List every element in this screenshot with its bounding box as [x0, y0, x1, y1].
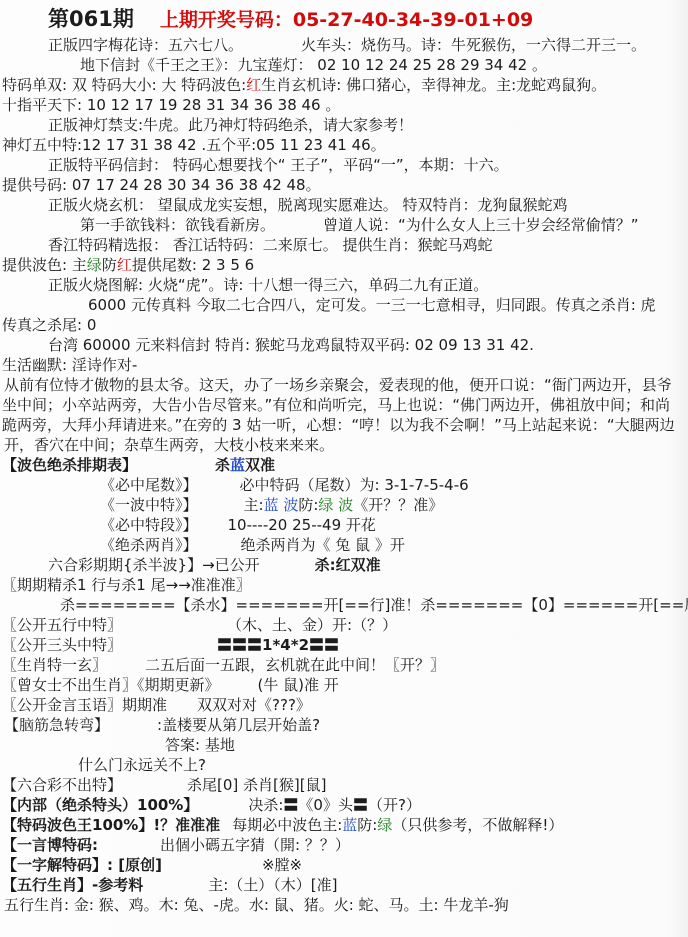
- text-segment: 〓: [283, 795, 298, 815]
- text-segment: 双双对对《???》: [197, 695, 311, 715]
- text-line: 【波色绝杀排期表】杀蓝双准: [2, 455, 688, 475]
- text-segment: 杀:: [315, 555, 336, 575]
- text-line: 答案: 基地: [165, 735, 688, 755]
- text-segment: 杀: [215, 455, 230, 475]
- text-line: 【脑筋急转弯】:盖楼要从第几层开始盖?: [4, 715, 688, 735]
- previous-draw-numbers: 上期开奖号码：05-27-40-34-39-01+09: [160, 6, 533, 34]
- text-segment: 必中特码（尾数）为: 3-1-7-5-4-6: [240, 475, 469, 495]
- text-segment: ※膛※: [262, 855, 302, 875]
- text-line: 《一波中特》】主: 蓝 波 防: 绿 波《开？？准》: [100, 495, 688, 515]
- text-line: 【六合彩不出特】杀尾[0] 杀肖[猴][鼠]: [2, 775, 688, 795]
- text-line: 《绝杀两肖》】绝杀两肖为《 兔 鼠 》开: [100, 535, 688, 555]
- text-segment: 〓〓〓1*4*2〓〓: [217, 635, 339, 655]
- text-segment: 【脑筋急转弯】: [4, 715, 109, 735]
- text-segment: 防: [102, 255, 117, 275]
- text-line: 香江特码精选报： 香江话特码：二来原七。 提供生肖：猴蛇马鸡蛇: [48, 235, 688, 255]
- text-line: 〖曾女士不出生肖〗《期期更新》(牛 鼠)准 开: [2, 675, 688, 695]
- text-segment: 传真之杀尾: 0: [2, 315, 96, 335]
- text-segment: 从前有位恃才傲物的县太爷。这天，办了一场乡亲聚会，爱表现的他，便开口说：“衙门两…: [4, 375, 672, 395]
- text-segment: 〖公开五行中特〗: [2, 615, 122, 635]
- text-segment: 六合彩期期{杀半波}】→已公开: [48, 555, 260, 575]
- text-segment: 【一言博特码:: [2, 835, 98, 855]
- text-line: 第一手欲钱料：欲钱看新房。曾道人说：“为什么女人上三十岁会经常偷情？”: [80, 215, 688, 235]
- text-line: 〖公开金言玉语〗期期准双双对对《???》: [2, 695, 688, 715]
- text-segment: 主:: [244, 495, 264, 515]
- text-segment: （只供参考，不做解释!）: [392, 815, 563, 835]
- text-segment: 杀========【杀水】=======开[==行]准！杀=======【0】=…: [60, 595, 688, 615]
- text-line: 五行生肖: 金: 猴、鸡。木: 兔、-虎。水: 鼠、猪。火: 蛇、马。土: 牛龙…: [4, 895, 688, 915]
- text-line: 六合彩期期{杀半波}】→已公开杀: 红双准: [48, 555, 688, 575]
- text-segment: 答案: 基地: [165, 735, 235, 755]
- text-line: 正版火烧玄机： 望鼠成龙实妄想，脱离现实愿难达。 特双特肖：龙狗鼠猴蛇鸡: [48, 195, 688, 215]
- text-segment: 【波色绝杀排期表】: [2, 455, 137, 475]
- issue-number: 第061期: [48, 5, 134, 33]
- text-line: 提供波色: 主绿防红提供尾数: 2 3 5 6: [2, 255, 688, 275]
- text-segment: 神灯五中特:12 17 31 38 42 .五个平:05 11 23 41 46…: [2, 135, 386, 155]
- text-segment: 提供尾数: 2 3 5 6: [132, 255, 254, 275]
- text-segment: 【五行生肖】-参考料: [2, 875, 143, 895]
- text-segment: 《0》头: [298, 795, 353, 815]
- text-segment: 火车头：烧伤马。诗：牛死猴伤，一六得二开三一。: [301, 35, 646, 55]
- text-segment: 《绝杀两肖》】: [100, 535, 198, 555]
- text-segment: 十指平天下: 10 12 17 19 28 31 34 36 38 46 。: [2, 95, 340, 115]
- text-segment: 《必中特段》】: [100, 515, 198, 535]
- text-segment: 〖期期精杀1 行与杀1 尾→→准准准〗: [2, 575, 251, 595]
- text-segment: 特码单双: 双 特码大小: 大 特码波色:: [2, 75, 246, 95]
- text-segment: 第一手欲钱料：欲钱看新房。: [80, 215, 275, 235]
- text-segment: 蓝: [230, 455, 245, 475]
- text-line: 开，香穴在中间；杂草生两旁，大枝小枝来来来。: [4, 435, 688, 455]
- text-segment: 〖生肖特一玄〗: [2, 655, 107, 675]
- text-line: 《必中尾数》】必中特码（尾数）为: 3-1-7-5-4-6: [100, 475, 688, 495]
- text-line: 从前有位恃才傲物的县太爷。这天，办了一场乡亲聚会，爱表现的他，便开口说：“衙门两…: [4, 375, 688, 395]
- text-line: 什么门永远关不上?: [78, 755, 688, 775]
- text-segment: 《一波中特》】: [100, 495, 198, 515]
- text-line: 【内部（绝杀特头）100%】决杀: 〓《0》头〓（开?）: [2, 795, 688, 815]
- text-line: 6000 元传真料 今取二七合四八，定可发。一三一七意相寻，归同跟。传真之杀肖:…: [88, 295, 688, 315]
- text-segment: 跪两旁，大拜小拜请进来。”在旁的 3 姑一听，心想：“哼！以为我不会啊！”马上站…: [2, 415, 675, 435]
- text-line: 特码单双: 双 特码大小: 大 特码波色: 红生肖玄机诗: 佛口猪心，幸得神龙。…: [2, 75, 688, 95]
- text-segment: 〖公开三头中特〗: [2, 635, 122, 655]
- text-segment: 地下信封《千王之王》：九宝莲灯： 02 10 12 24 25 28 29 34…: [80, 55, 547, 75]
- text-line: 〖生肖特一玄〗二五后面一五跟，玄机就在此中间！〖开？〗: [2, 655, 688, 675]
- text-segment: 正版四字梅花诗：五六七八。: [48, 35, 243, 55]
- text-segment: 【内部（绝杀特头）100%】: [2, 795, 198, 815]
- text-segment: 香江特码精选报： 香江话特码：二来原七。 提供生肖：猴蛇马鸡蛇: [48, 235, 493, 255]
- text-segment: 蓝: [342, 815, 357, 835]
- text-segment: 二五后面一五跟，玄机就在此中间！〖开？〗: [145, 655, 445, 675]
- text-line: 杀========【杀水】=======开[==行]准！杀=======【0】=…: [60, 595, 688, 615]
- text-segment: 《必中尾数》】: [100, 475, 198, 495]
- text-segment: 什么门永远关不上?: [78, 755, 206, 775]
- text-line: 【一言博特码:出個小碼五字猜（開: ？？）: [2, 835, 688, 855]
- text-line: 跪两旁，大拜小拜请进来。”在旁的 3 姑一听，心想：“哼！以为我不会啊！”马上站…: [2, 415, 688, 435]
- text-segment: 蓝 波: [264, 495, 299, 515]
- text-segment: :盖楼要从第几层开始盖?: [157, 715, 320, 735]
- text-segment: 杀尾[0] 杀肖[猴][鼠]: [187, 775, 326, 795]
- lottery-info-sheet: 第061期上期开奖号码：05-27-40-34-39-01+09正版四字梅花诗：…: [0, 0, 688, 937]
- text-line: 【一字解特码】: [原创]※膛※: [2, 855, 688, 875]
- text-segment: 正版火烧玄机： 望鼠成龙实妄想，脱离现实愿难达。 特双特肖：龙狗鼠猴蛇鸡: [48, 195, 568, 215]
- text-line: 正版神灯禁支:牛虎。此乃神灯特码绝杀，请大家参考！: [48, 115, 688, 135]
- text-segment: 《开？？准》: [353, 495, 443, 515]
- text-segment: （木、土、金）开:（？）: [227, 615, 397, 635]
- text-segment: 台湾 60000 元来料信封 特肖: 猴蛇马龙鸡鼠特双平码: 02 09 13 …: [48, 335, 534, 355]
- text-segment: 绿: [87, 255, 102, 275]
- text-line: 正版特平码信封： 特码心想要找个“ 王子”，平码“一”，本期：十六。: [48, 155, 688, 175]
- text-line: 十指平天下: 10 12 17 19 28 31 34 36 38 46 。: [2, 95, 688, 115]
- text-segment: 主:（土）（木）[准]: [208, 875, 337, 895]
- text-line: 〖公开五行中特〗（木、土、金）开:（？）: [2, 615, 688, 635]
- text-line: 【特码波色王100%】!？准准准每期必中波色主: 蓝防: 绿（只供参考，不做解释…: [2, 815, 688, 835]
- text-segment: （开?）: [368, 795, 421, 815]
- text-segment: 开，香穴在中间；杂草生两旁，大枝小枝来来来。: [4, 435, 334, 455]
- text-line: 第061期上期开奖号码：05-27-40-34-39-01+09: [48, 5, 688, 35]
- text-line: 台湾 60000 元来料信封 特肖: 猴蛇马龙鸡鼠特双平码: 02 09 13 …: [48, 335, 688, 355]
- text-segment: 绝杀两肖为《 兔 鼠 》开: [241, 535, 405, 555]
- text-segment: 红: [117, 255, 132, 275]
- text-segment: 红双准: [336, 555, 381, 575]
- text-line: 提供号码: 07 17 24 28 30 34 36 38 42 48。: [2, 175, 688, 195]
- text-line: 正版四字梅花诗：五六七八。火车头：烧伤马。诗：牛死猴伤，一六得二开三一。: [48, 35, 688, 55]
- text-segment: 绿 波: [318, 495, 353, 515]
- text-line: 坐中间；小卒站两旁，大告小告尽管来。”有位和尚听完，马上也说：“佛门两边开，佛祖…: [2, 395, 688, 415]
- text-line: 【五行生肖】-参考料主:（土）（木）[准]: [2, 875, 688, 895]
- text-segment: 正版火烧图解: 火烧“虎”。诗: 十八想一得三六，单码二九有正道。: [48, 275, 488, 295]
- text-segment: 10----20 25--49 开花: [228, 515, 376, 535]
- text-segment: 〓: [353, 795, 368, 815]
- text-segment: 红: [246, 75, 261, 95]
- text-segment: 6000 元传真料 今取二七合四八，定可发。一三一七意相寻，归同跟。传真之杀肖:…: [88, 295, 656, 315]
- text-segment: 【六合彩不出特】: [2, 775, 122, 795]
- text-line: 〖期期精杀1 行与杀1 尾→→准准准〗: [2, 575, 688, 595]
- text-segment: 生肖玄机诗: 佛口猪心，幸得神龙。主:龙蛇鸡鼠狗。: [261, 75, 606, 95]
- text-segment: 生活幽默: 淫诗作对-: [2, 355, 137, 375]
- text-segment: 决杀:: [248, 795, 283, 815]
- text-segment: 【一字解特码】: [原创]: [2, 855, 162, 875]
- text-segment: 出個小碼五字猜（開: ？？）: [160, 835, 350, 855]
- text-segment: 〖公开金言玉语〗期期准: [2, 695, 167, 715]
- text-segment: 防:: [357, 815, 377, 835]
- text-segment: 正版神灯禁支:牛虎。此乃神灯特码绝杀，请大家参考！: [48, 115, 413, 135]
- text-segment: 曾道人说：“为什么女人上三十岁会经常偷情？”: [323, 215, 639, 235]
- text-segment: 〖曾女士不出生肖〗《期期更新》: [2, 675, 220, 695]
- text-segment: 坐中间；小卒站两旁，大告小告尽管来。”有位和尚听完，马上也说：“佛门两边开，佛祖…: [2, 395, 670, 415]
- text-segment: 防:: [298, 495, 318, 515]
- text-line: 生活幽默: 淫诗作对-: [2, 355, 688, 375]
- text-segment: 绿: [377, 815, 392, 835]
- text-segment: 提供波色: 主: [2, 255, 87, 275]
- text-line: 《必中特段》】10----20 25--49 开花: [100, 515, 688, 535]
- text-segment: 正版特平码信封： 特码心想要找个“ 王子”，平码“一”，本期：十六。: [48, 155, 509, 175]
- text-line: 传真之杀尾: 0: [2, 315, 688, 335]
- text-segment: 提供号码: 07 17 24 28 30 34 36 38 42 48。: [2, 175, 321, 195]
- text-segment: 五行生肖: 金: 猴、鸡。木: 兔、-虎。水: 鼠、猪。火: 蛇、马。土: 牛龙…: [4, 895, 509, 915]
- text-segment: (牛 鼠)准 开: [258, 675, 339, 695]
- text-line: 正版火烧图解: 火烧“虎”。诗: 十八想一得三六，单码二九有正道。: [48, 275, 688, 295]
- text-segment: 【特码波色王100%】!？准准准: [2, 815, 220, 835]
- text-line: 地下信封《千王之王》：九宝莲灯： 02 10 12 24 25 28 29 34…: [80, 55, 688, 75]
- text-line: 〖公开三头中特〗〓〓〓1*4*2〓〓: [2, 635, 688, 655]
- text-segment: 每期必中波色主:: [232, 815, 342, 835]
- text-line: 神灯五中特:12 17 31 38 42 .五个平:05 11 23 41 46…: [2, 135, 688, 155]
- text-segment: 双准: [245, 455, 275, 475]
